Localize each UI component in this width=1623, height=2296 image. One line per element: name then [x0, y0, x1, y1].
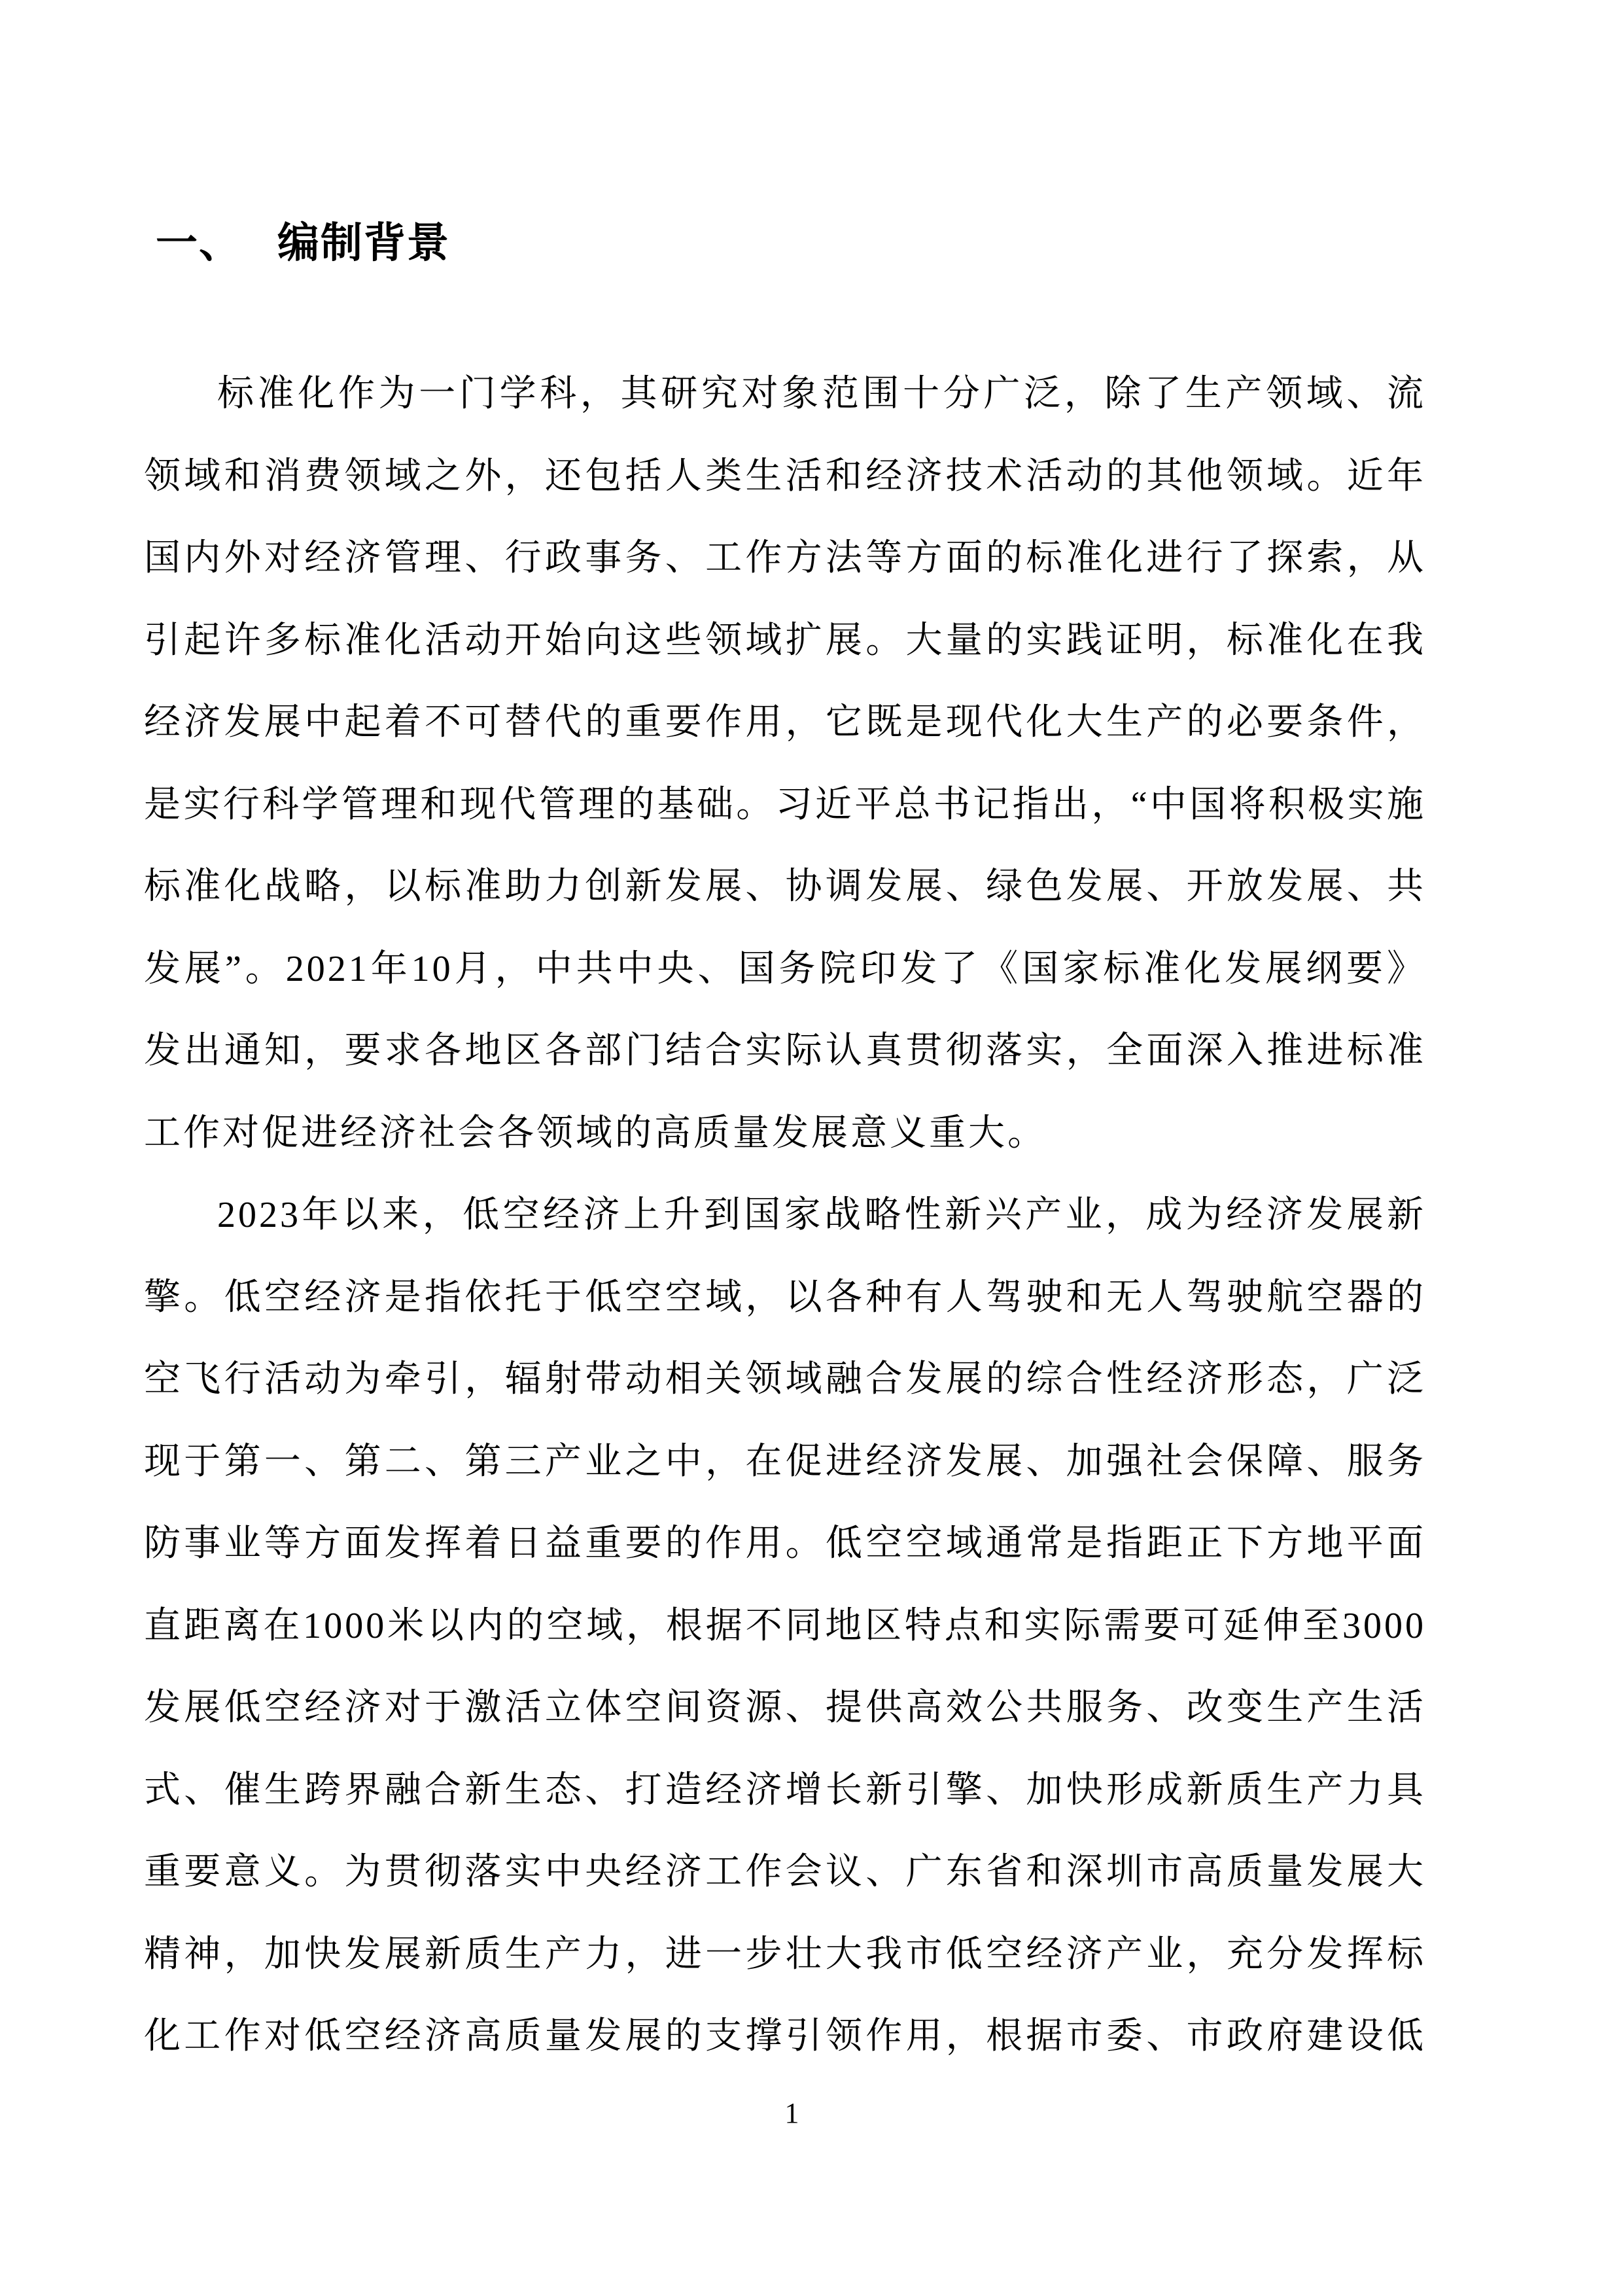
paragraph-line: 经济发展中起着不可替代的重要作用，它既是现代化大生产的必要条件，也	[144, 682, 1426, 764]
section-heading: 一、编制背景	[156, 217, 450, 270]
section-title: 编制背景	[277, 220, 450, 266]
page-number: 1	[0, 2094, 1584, 2133]
paragraph-line: 化工作对低空经济高质量发展的支撑引领作用，根据市委、市政府建设低空	[144, 1996, 1426, 2078]
paragraph-line: 领域和消费领域之外，还包括人类生活和经济技术活动的其他领域。近年来，	[144, 436, 1426, 518]
document-body: 标准化作为一门学科，其研究对象范围十分广泛，除了生产领域、流通领域和消费领域之外…	[144, 353, 1426, 2078]
paragraph-line: 擎。低空经济是指依托于低空空域，以各种有人驾驶和无人驾驶航空器的低	[144, 1257, 1426, 1339]
paragraph-line: 是实行科学管理和现代管理的基础。习近平总书记指出，“中国将积极实施	[144, 764, 1426, 847]
paragraph-line: 标准化战略，以标准助力创新发展、协调发展、绿色发展、开放发展、共享	[144, 846, 1426, 928]
paragraph-line: 防事业等方面发挥着日益重要的作用。低空空域通常是指距正下方地平面垂	[144, 1503, 1426, 1585]
paragraph-line: 2023年以来，低空经济上升到国家战略性新兴产业，成为经济发展新引	[144, 1174, 1426, 1257]
paragraph-line: 式、催生跨界融合新生态、打造经济增长新引擎、加快形成新质生产力具有	[144, 1750, 1426, 1832]
paragraph: 标准化作为一门学科，其研究对象范围十分广泛，除了生产领域、流通领域和消费领域之外…	[144, 353, 1426, 1174]
section-number: 一、	[156, 220, 242, 266]
paragraph-line: 精神，加快发展新质生产力，进一步壮大我市低空经济产业，充分发挥标准	[144, 1914, 1426, 1996]
paragraph-line: 重要意义。为贯彻落实中央经济工作会议、广东省和深圳市高质量发展大会	[144, 1831, 1426, 1914]
paragraph-line: 引起许多标准化活动开始向这些领域扩展。大量的实践证明，标准化在我国	[144, 600, 1426, 682]
document-page: 一、编制背景 标准化作为一门学科，其研究对象范围十分广泛，除了生产领域、流通领域…	[0, 0, 1623, 2296]
paragraph-line: 标准化作为一门学科，其研究对象范围十分广泛，除了生产领域、流通	[144, 353, 1426, 436]
paragraph-line: 直距离在1000米以内的空域，根据不同地区特点和实际需要可延伸至3000米。	[144, 1585, 1426, 1668]
paragraph-line: 发展低空经济对于激活立体空间资源、提供高效公共服务、改变生产生活方	[144, 1667, 1426, 1750]
paragraph-line: 工作对促进经济社会各领域的高质量发展意义重大。	[144, 1093, 1426, 1175]
paragraph-line: 现于第一、第二、第三产业之中，在促进经济发展、加强社会保障、服务国	[144, 1421, 1426, 1504]
paragraph-line: 空飞行活动为牵引，辐射带动相关领域融合发展的综合性经济形态，广泛体	[144, 1339, 1426, 1421]
paragraph-line: 发出通知，要求各地区各部门结合实际认真贯彻落实，全面深入推进标准化	[144, 1010, 1426, 1093]
paragraph-line: 发展”。2021年10月，中共中央、国务院印发了《国家标准化发展纲要》并	[144, 928, 1426, 1011]
paragraph: 2023年以来，低空经济上升到国家战略性新兴产业，成为经济发展新引擎。低空经济是…	[144, 1174, 1426, 2078]
paragraph-line: 国内外对经济管理、行政事务、工作方法等方面的标准化进行了探索，从而	[144, 518, 1426, 600]
